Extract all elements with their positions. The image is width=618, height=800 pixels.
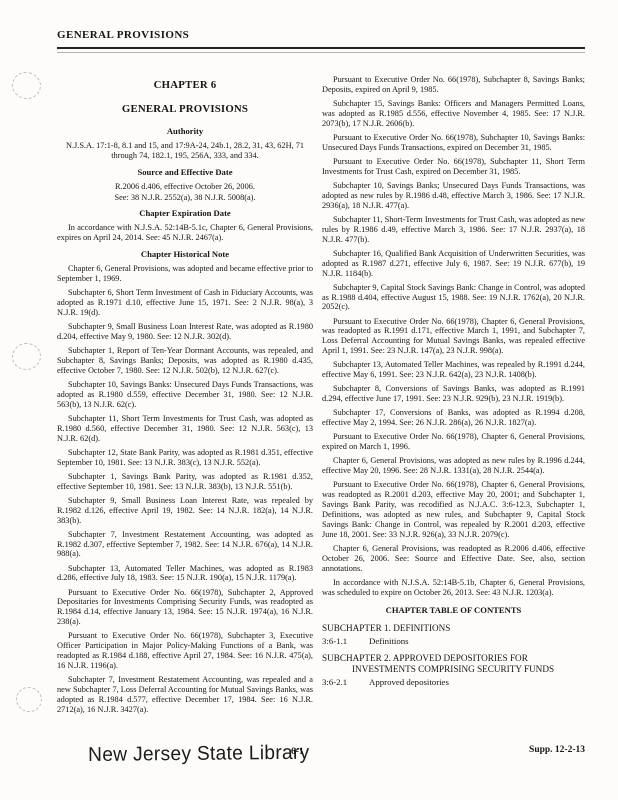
paragraph: Chapter 6, General Provisions, was adopt… [322,456,585,476]
supplement-label: Supp. 12-2-13 [529,745,585,755]
hole-punch-mark [10,69,44,101]
toc-entry-label: Approved depositories [369,677,449,687]
header-rule [57,47,585,49]
paragraph: Subchapter 8, Conversions of Savings Ban… [322,384,585,404]
paragraph: Pursuant to Executive Order No. 66(1978)… [57,631,313,671]
paragraph: Subchapter 17, Conversions of Banks, was… [322,408,585,428]
paragraph: Pursuant to Executive Order No. 66(1978)… [322,157,585,177]
left-column: CHAPTER 6GENERAL PROVISIONSAuthorityN.J.… [57,79,313,719]
toc-heading: SUBCHAPTER 2. APPROVED DEPOSITORIES FOR … [322,653,585,674]
paragraph: Subchapter 9, Small Business Loan Intere… [57,322,313,342]
paragraph: Subchapter 7, Investment Restatement Acc… [57,675,313,715]
paragraph: Pursuant to Executive Order No. 66(1978)… [322,432,585,452]
paragraph: Pursuant to Executive Order No. 66(1978)… [322,480,585,539]
paragraph: Subchapter 11, Short-Term Investments fo… [322,215,585,245]
paragraph: Subchapter 12, State Bank Parity, was ad… [57,448,313,468]
toc-entry-label: Definitions [369,636,409,646]
paragraph: Chapter 6, General Provisions, was adopt… [57,264,313,284]
toc-entry: 3:6-2.1Approved depositories [322,678,585,688]
chapter-heading: CHAPTER 6 [57,79,313,91]
right-column: Pursuant to Executive Order No. 66(1978)… [322,75,585,692]
chapter-heading: GENERAL PROVISIONS [57,103,313,115]
paragraph: Subchapter 6, Short Term Investment of C… [57,288,313,318]
paragraph: Chapter 6, General Provisions, was reado… [322,544,585,574]
page-number: 6-1 [291,747,304,757]
section-heading: Chapter Historical Note [57,250,313,260]
header-rule-shadow [57,52,585,53]
toc-entry-code: 3:6-1.1 [322,637,369,647]
paragraph: Subchapter 7, Investment Restatement Acc… [57,530,313,560]
hole-punch-mark [13,683,46,715]
paragraph: Subchapter 1, Report of Ten-Year Dormant… [57,346,313,376]
paragraph: Pursuant to Executive Order No. 66(1978)… [322,75,585,95]
paragraph: Subchapter 13, Automated Teller Machines… [57,564,313,584]
section-heading: Source and Effective Date [57,168,313,178]
paragraph: Pursuant to Executive Order No. 66(1978)… [322,133,585,153]
running-header-title: GENERAL PROVISIONS [57,29,189,41]
paragraph: Subchapter 1, Savings Bank Parity, was a… [57,472,313,492]
centered-text: N.J.S.A. 17:1-8, 8.1 and 15, and 17:9A-2… [57,141,313,161]
toc-entry-code: 3:6-2.1 [322,678,369,688]
document-page: GENERAL PROVISIONS CHAPTER 6GENERAL PROV… [0,0,618,800]
paragraph: Subchapter 10, Savings Banks; Unsecured … [322,181,585,211]
paragraph: In accordance with N.J.S.A. 52:14B-5.1b,… [322,578,585,598]
centered-text: R.2006 d.406, effective October 26, 2006… [57,182,313,192]
paragraph: Pursuant to Executive Order No. 66(1978)… [57,588,313,628]
toc-entry: 3:6-1.1Definitions [322,637,585,647]
toc-title: CHAPTER TABLE OF CONTENTS [322,606,585,616]
paragraph: In accordance with N.J.S.A. 52:14B-5.1c,… [57,223,313,243]
toc-heading: SUBCHAPTER 1. DEFINITIONS [322,623,585,634]
paragraph: Subchapter 15, Savings Banks: Officers a… [322,99,585,129]
library-stamp: New Jersey State Library [88,742,310,767]
section-heading: Chapter Expiration Date [57,209,313,219]
centered-text: See: 38 N.J.R. 2552(a), 38 N.J.R. 5008(a… [57,193,313,203]
paragraph: Subchapter 10, Savings Banks: Unsecured … [57,380,313,410]
paragraph: Subchapter 13, Automated Teller Machines… [322,360,585,380]
hole-punch-mark [10,341,42,372]
paragraph: Subchapter 11, Short Term Investments fo… [57,414,313,444]
paragraph: Subchapter 9, Capital Stock Savings Bank… [322,283,585,313]
paragraph: Subchapter 9, Small Business Loan Intere… [57,496,313,526]
section-heading: Authority [57,127,313,137]
paragraph: Subchapter 16, Qualified Bank Acquisitio… [322,249,585,279]
paragraph: Pursuant to Executive Order No. 66(1978)… [322,317,585,357]
